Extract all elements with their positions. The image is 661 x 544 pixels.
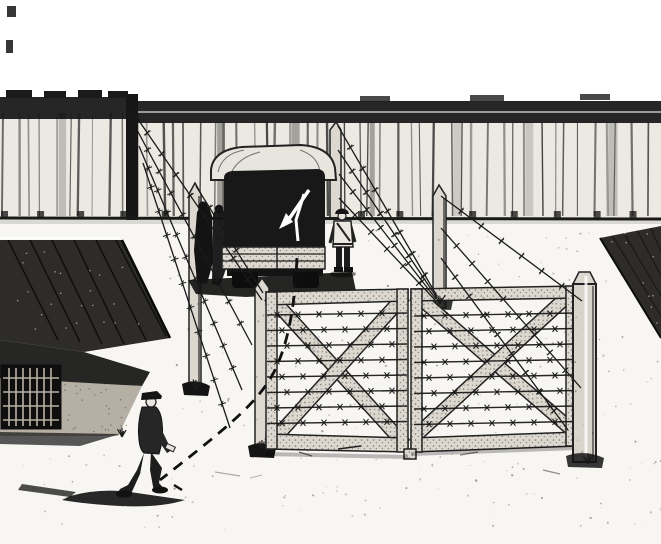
checkpoint-gate-illustration	[0, 0, 661, 544]
truck-rear-opening	[224, 169, 325, 248]
truck-tailgate	[222, 247, 325, 269]
fence-tall-post	[126, 94, 138, 220]
illustration-page	[0, 0, 661, 544]
drain-grille	[2, 366, 60, 428]
gate-bottom-rail-left	[266, 434, 408, 452]
plank-fence	[0, 90, 661, 220]
